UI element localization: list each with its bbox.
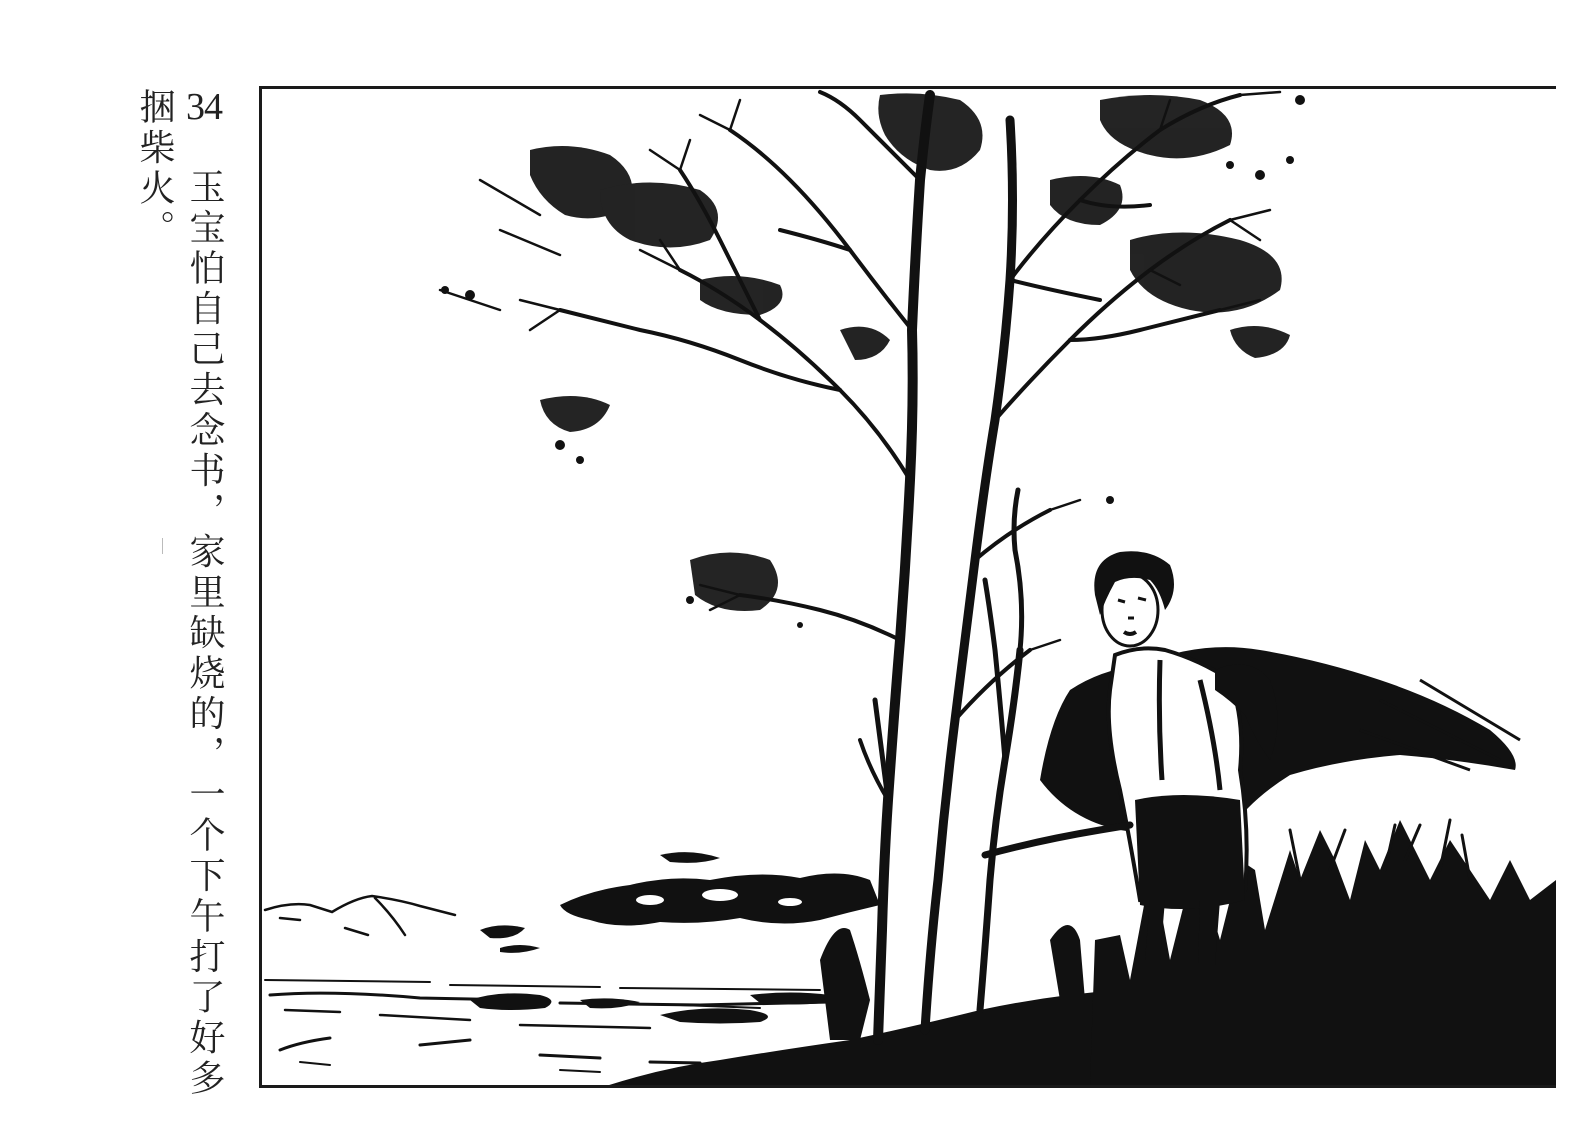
bush-mass xyxy=(480,852,880,953)
tree-trunk xyxy=(875,95,1022,1040)
distant-hills xyxy=(265,896,455,935)
scrub-patches xyxy=(470,993,830,1024)
illustration xyxy=(0,0,1576,1145)
